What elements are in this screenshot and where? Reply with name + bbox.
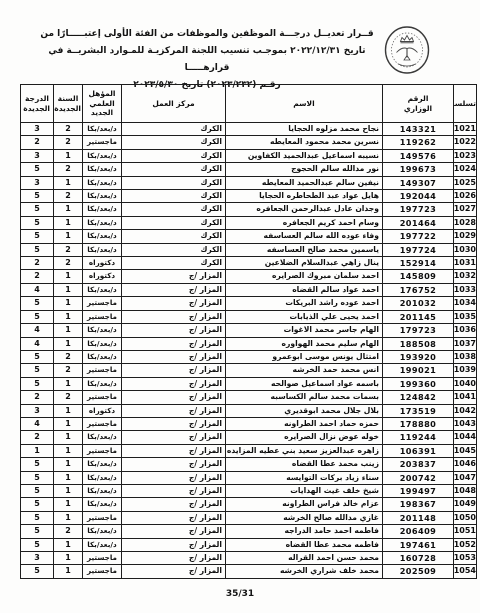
cell-name: محمد خلف شراري الخرشه [226, 565, 383, 578]
cell-new-year: 2 [54, 391, 83, 404]
cell-work-center: المزار /ج [122, 404, 226, 417]
cell-new-grade: 2 [21, 257, 54, 270]
cell-work-center: الكرك [122, 176, 226, 189]
cell-ministry-number: 198367 [383, 498, 454, 511]
cell-name: احمد سلمان مبروك الصرايره [226, 270, 383, 283]
cell-qualification: د/بعد/بكا [83, 458, 122, 471]
table-body: 1021143321نجاح محمد مزلوه الحجاياالكركد/… [21, 123, 477, 579]
cell-serial: 1048 [454, 484, 477, 497]
cell-qualification: د/بعد/بكا [83, 283, 122, 296]
cell-work-center: الكرك [122, 123, 226, 136]
cell-new-grade: 5 [21, 458, 54, 471]
column-header-new-year: السنة الجديدة [54, 85, 83, 123]
cell-serial: 1047 [454, 471, 477, 484]
cell-name: ياسمين محمد صالح العساسفه [226, 243, 383, 256]
table-row: 1049198367عزام خالد فراس الطراونهالمزار … [21, 498, 477, 511]
table-row: 1024199673نور مدالله سالم الحجوجالكركد/ب… [21, 163, 477, 176]
cell-qualification: ماجستير [83, 565, 122, 578]
cell-serial: 1049 [454, 498, 477, 511]
cell-work-center: الكرك [122, 190, 226, 203]
cell-work-center: المزار /ج [122, 364, 226, 377]
cell-name: الهام جاسر محمد الاغوات [226, 324, 383, 337]
cell-serial: 1036 [454, 324, 477, 337]
cell-qualification: د/بعد/بكا [83, 163, 122, 176]
cell-serial: 1027 [454, 203, 477, 216]
cell-qualification: د/بعد/بكا [83, 216, 122, 229]
cell-new-year: 2 [54, 243, 83, 256]
cell-serial: 1045 [454, 444, 477, 457]
cell-serial: 1035 [454, 310, 477, 323]
cell-ministry-number: 178880 [383, 417, 454, 430]
cell-ministry-number: 152914 [383, 257, 454, 270]
scanned-document-page: قــرار تعديــل درجـــة الموظفين والموظفا… [0, 0, 480, 613]
cell-serial: 1038 [454, 350, 477, 363]
cell-ministry-number: 197723 [383, 203, 454, 216]
page-number: 35/31 [0, 589, 480, 599]
cell-serial: 1023 [454, 149, 477, 162]
cell-ministry-number: 197461 [383, 538, 454, 551]
cell-serial: 1031 [454, 257, 477, 270]
cell-work-center: المزار /ج [122, 350, 226, 363]
cell-new-year: 1 [54, 444, 83, 457]
cell-qualification: دكتوراه [83, 257, 122, 270]
cell-name: امتثال يونس موسى ابوعمرو [226, 350, 383, 363]
cell-name: احمد يحيى علي الذيابات [226, 310, 383, 323]
cell-name: وفاء عوده الله سالم العساسفه [226, 230, 383, 243]
table-row: 1052197461فاطمه محمد عطا القضاهالمزار /ج… [21, 538, 477, 551]
cell-qualification: د/بعد/بكا [83, 484, 122, 497]
cell-new-year: 2 [54, 257, 83, 270]
cell-ministry-number: 124842 [383, 391, 454, 404]
cell-new-grade: 5 [21, 310, 54, 323]
cell-work-center: المزار /ج [122, 538, 226, 551]
cell-work-center: الكرك [122, 136, 226, 149]
cell-new-year: 1 [54, 458, 83, 471]
cell-new-grade: 1 [21, 444, 54, 457]
cell-serial: 1041 [454, 391, 477, 404]
cell-name: نجاح محمد مزلوه الحجايا [226, 123, 383, 136]
cell-new-year: 1 [54, 149, 83, 162]
cell-ministry-number: 200742 [383, 471, 454, 484]
table-row: 1029197722وفاء عوده الله سالم العساسفهال… [21, 230, 477, 243]
cell-ministry-number: 206409 [383, 525, 454, 538]
cell-qualification: د/بعد/بكا [83, 538, 122, 551]
cell-new-year: 1 [54, 230, 83, 243]
cell-new-year: 2 [54, 163, 83, 176]
cell-work-center: الكرك [122, 203, 226, 216]
cell-new-year: 1 [54, 283, 83, 296]
cell-qualification: د/بعد/بكا [83, 203, 122, 216]
cell-work-center: الكرك [122, 149, 226, 162]
cell-new-year: 1 [54, 310, 83, 323]
cell-new-grade: 2 [21, 136, 54, 149]
cell-new-year: 1 [54, 337, 83, 350]
cell-new-year: 1 [54, 498, 83, 511]
cell-name: احمد عوده راشد البريكات [226, 297, 383, 310]
cell-serial: 1039 [454, 364, 477, 377]
column-header-work-center: مركز العمل [122, 85, 226, 123]
table-row: 1030197724ياسمين محمد صالح العساسفهالكرك… [21, 243, 477, 256]
cell-serial: 1053 [454, 552, 477, 565]
table-row: 1043178880حمزه حماد احمد الطراونهالمزار … [21, 417, 477, 430]
cell-ministry-number: 199021 [383, 364, 454, 377]
cell-qualification: ماجستير [83, 444, 122, 457]
cell-ministry-number: 149307 [383, 176, 454, 189]
cell-new-grade: 3 [21, 123, 54, 136]
cell-ministry-number: 188508 [383, 337, 454, 350]
cell-work-center: المزار /ج [122, 297, 226, 310]
cell-new-year: 2 [54, 190, 83, 203]
cell-ministry-number: 193920 [383, 350, 454, 363]
cell-new-year: 2 [54, 136, 83, 149]
cell-new-grade: 2 [21, 431, 54, 444]
column-header-serial: تسلسل [454, 85, 477, 123]
cell-qualification: د/بعد/بكا [83, 431, 122, 444]
cell-qualification: ماجستير [83, 391, 122, 404]
cell-qualification: د/بعد/بكا [83, 176, 122, 189]
cell-serial: 1050 [454, 511, 477, 524]
table-row: 1022119262نسرين محمد محمود المعايطهالكرك… [21, 136, 477, 149]
cell-qualification: د/بعد/بكا [83, 230, 122, 243]
table-row: 1054202509محمد خلف شراري الخرشهالمزار /ج… [21, 565, 477, 578]
cell-serial: 1043 [454, 417, 477, 430]
cell-qualification: ماجستير [83, 310, 122, 323]
column-header-ministry-number: الرقم الوزاري [383, 85, 454, 123]
table-row: 1031152914ينال زاهي عبدالسلام الضلاعينال… [21, 257, 477, 270]
cell-new-year: 1 [54, 377, 83, 390]
cell-name: زاهره عبدالعزيز سعيد بني عطيه المزايده [226, 444, 383, 457]
cell-qualification: د/بعد/بكا [83, 498, 122, 511]
cell-qualification: د/بعد/بكا [83, 123, 122, 136]
cell-work-center: المزار /ج [122, 471, 226, 484]
cell-name: زينب محمد عطا القضاه [226, 458, 383, 471]
table-row: 1034201032احمد عوده راشد البريكاتالمزار … [21, 297, 477, 310]
cell-qualification: ماجستير [83, 417, 122, 430]
table-row: 1045106391زاهره عبدالعزيز سعيد بني عطيه … [21, 444, 477, 457]
table-row: 1035201145احمد يحيى علي الذياباتالمزار /… [21, 310, 477, 323]
cell-new-grade: 5 [21, 364, 54, 377]
cell-work-center: المزار /ج [122, 444, 226, 457]
cell-qualification: د/بعد/بكا [83, 149, 122, 162]
cell-new-year: 2 [54, 123, 83, 136]
cell-ministry-number: 199497 [383, 484, 454, 497]
decree-title-line-1: قــرار تعديــل درجـــة الموظفين والموظفا… [26, 26, 388, 43]
cell-name: احمد عواد سالم القضاه [226, 283, 383, 296]
cell-work-center: المزار /ج [122, 511, 226, 524]
cell-name: غازي مدالله صالح الخرشه [226, 511, 383, 524]
cell-new-year: 1 [54, 216, 83, 229]
cell-name: سناء زياد بركات التوايسه [226, 471, 383, 484]
cell-new-grade: 3 [21, 404, 54, 417]
cell-name: محمد حسن احمد القراله [226, 552, 383, 565]
cell-name: نسيبه اسماعيل عبدالحميد الكفاوين [226, 149, 383, 162]
cell-new-year: 1 [54, 203, 83, 216]
employees-grade-table: تسلسل الرقم الوزاري الاسم مركز العمل الم… [20, 84, 477, 579]
cell-work-center: المزار /ج [122, 565, 226, 578]
cell-serial: 1026 [454, 190, 477, 203]
cell-work-center: المزار /ج [122, 552, 226, 565]
cell-work-center: الكرك [122, 163, 226, 176]
table-row: 1048199497شيخ خلف غيث الهداياتالمزار /جد… [21, 484, 477, 497]
cell-new-grade: 5 [21, 498, 54, 511]
cell-ministry-number: 179723 [383, 324, 454, 337]
table-row: 1040199360باسمه عواد اسماعيل صوالحهالمزا… [21, 377, 477, 390]
cell-new-grade: 4 [21, 417, 54, 430]
cell-ministry-number: 143321 [383, 123, 454, 136]
cell-new-grade: 5 [21, 511, 54, 524]
cell-new-grade: 4 [21, 324, 54, 337]
cell-work-center: المزار /ج [122, 498, 226, 511]
cell-new-grade: 5 [21, 525, 54, 538]
cell-qualification: ماجستير [83, 136, 122, 149]
cell-ministry-number: 199673 [383, 163, 454, 176]
cell-name: خوله عوض نزال الصرايره [226, 431, 383, 444]
cell-ministry-number: 201032 [383, 297, 454, 310]
cell-name: باسمه عواد اسماعيل صوالحه [226, 377, 383, 390]
cell-work-center: المزار /ج [122, 270, 226, 283]
cell-new-year: 1 [54, 511, 83, 524]
cell-serial: 1046 [454, 458, 477, 471]
cell-serial: 1030 [454, 243, 477, 256]
cell-ministry-number: 203837 [383, 458, 454, 471]
cell-serial: 1024 [454, 163, 477, 176]
cell-qualification: ماجستير [83, 552, 122, 565]
table-row: 1038193920امتثال يونس موسى ابوعمروالمزار… [21, 350, 477, 363]
cell-serial: 1044 [454, 431, 477, 444]
cell-new-grade: 5 [21, 377, 54, 390]
cell-work-center: الكرك [122, 230, 226, 243]
cell-new-year: 1 [54, 552, 83, 565]
table-row: 1046203837زينب محمد عطا القضاهالمزار /جد… [21, 458, 477, 471]
cell-new-grade: 4 [21, 283, 54, 296]
cell-new-grade: 5 [21, 216, 54, 229]
cell-new-year: 1 [54, 484, 83, 497]
cell-new-grade: 5 [21, 565, 54, 578]
table-row: 1050201148غازي مدالله صالح الخرشهالمزار … [21, 511, 477, 524]
cell-serial: 1029 [454, 230, 477, 243]
ministry-seal-icon [384, 26, 430, 74]
cell-name: فاطمه محمد عطا القضاه [226, 538, 383, 551]
table-row: 1042173519بلال جلال محمد ابوقديريالمزار … [21, 404, 477, 417]
cell-work-center: الكرك [122, 257, 226, 270]
table-row: 1051206409فاطمه احمد حامد الدراجهالمزار … [21, 525, 477, 538]
cell-serial: 1051 [454, 525, 477, 538]
cell-new-grade: 3 [21, 149, 54, 162]
cell-qualification: د/بعد/بكا [83, 377, 122, 390]
cell-qualification: د/بعد/بكا [83, 190, 122, 203]
cell-new-grade: 5 [21, 190, 54, 203]
cell-serial: 1034 [454, 297, 477, 310]
cell-work-center: الكرك [122, 243, 226, 256]
cell-serial: 1028 [454, 216, 477, 229]
cell-name: شيخ خلف غيث الهدايات [226, 484, 383, 497]
cell-serial: 1042 [454, 404, 477, 417]
cell-new-year: 2 [54, 364, 83, 377]
column-header-name: الاسم [226, 85, 383, 123]
cell-new-year: 1 [54, 538, 83, 551]
cell-name: نسرين محمد محمود المعايطه [226, 136, 383, 149]
cell-ministry-number: 199360 [383, 377, 454, 390]
table-row: 1028201464وسام احمد كريم الجعافرهالكركد/… [21, 216, 477, 229]
cell-ministry-number: 192044 [383, 190, 454, 203]
cell-work-center: المزار /ج [122, 391, 226, 404]
cell-work-center: المزار /ج [122, 324, 226, 337]
cell-name: هايل عواد عبد الطحاطره الحجايا [226, 190, 383, 203]
table-row: 1023149576نسيبه اسماعيل عبدالحميد الكفاو… [21, 149, 477, 162]
cell-work-center: المزار /ج [122, 283, 226, 296]
cell-qualification: دكتوراه [83, 404, 122, 417]
cell-new-grade: 5 [21, 163, 54, 176]
table-row: 1053160728محمد حسن احمد القرالهالمزار /ج… [21, 552, 477, 565]
cell-qualification: د/بعد/بكا [83, 243, 122, 256]
cell-serial: 1052 [454, 538, 477, 551]
cell-name: بسمات محمد سالم الكساسبه [226, 391, 383, 404]
cell-name: وجدان عادل عبدالرحمن الجعافره [226, 203, 383, 216]
cell-ministry-number: 106391 [383, 444, 454, 457]
table-row: 1033176752احمد عواد سالم القضاهالمزار /ج… [21, 283, 477, 296]
cell-work-center: المزار /ج [122, 525, 226, 538]
cell-ministry-number: 119244 [383, 431, 454, 444]
cell-new-grade: 5 [21, 538, 54, 551]
cell-new-year: 2 [54, 350, 83, 363]
table-row: 1041124842بسمات محمد سالم الكساسبهالمزار… [21, 391, 477, 404]
cell-new-grade: 5 [21, 471, 54, 484]
table-row: 1025149307نيفين سالم عبدالحميد المعايطها… [21, 176, 477, 189]
cell-new-grade: 5 [21, 484, 54, 497]
cell-new-grade: 3 [21, 552, 54, 565]
cell-new-year: 1 [54, 565, 83, 578]
cell-serial: 1040 [454, 377, 477, 390]
cell-new-grade: 5 [21, 230, 54, 243]
cell-serial: 1021 [454, 123, 477, 136]
cell-work-center: المزار /ج [122, 458, 226, 471]
cell-qualification: ماجستير [83, 511, 122, 524]
cell-ministry-number: 197724 [383, 243, 454, 256]
cell-new-year: 1 [54, 297, 83, 310]
cell-new-grade: 4 [21, 337, 54, 350]
cell-work-center: المزار /ج [122, 484, 226, 497]
table-row: 1044119244خوله عوض نزال الصرايرهالمزار /… [21, 431, 477, 444]
cell-name: بلال جلال محمد ابوقديري [226, 404, 383, 417]
cell-name: نور مدالله سالم الحجوج [226, 163, 383, 176]
table-header-row: تسلسل الرقم الوزاري الاسم مركز العمل الم… [21, 85, 477, 123]
cell-new-grade: 2 [21, 270, 54, 283]
cell-new-grade: 5 [21, 203, 54, 216]
cell-ministry-number: 202509 [383, 565, 454, 578]
cell-new-year: 1 [54, 176, 83, 189]
cell-new-grade: 5 [21, 297, 54, 310]
cell-serial: 1032 [454, 270, 477, 283]
cell-name: وسام احمد كريم الجعافره [226, 216, 383, 229]
cell-work-center: المزار /ج [122, 417, 226, 430]
cell-qualification: ماجستير [83, 297, 122, 310]
table-row: 1026192044هايل عواد عبد الطحاطره الحجايا… [21, 190, 477, 203]
decree-title-line-2: تاريخ ٢٠٢٢/١٢/٣١ بموجـب تنسيب اللجنة الم… [26, 43, 388, 77]
cell-serial: 1025 [454, 176, 477, 189]
cell-serial: 1054 [454, 565, 477, 578]
cell-ministry-number: 201464 [383, 216, 454, 229]
table-row: 1039199021انس محمد حمد الخرشهالمزار /جما… [21, 364, 477, 377]
cell-work-center: الكرك [122, 216, 226, 229]
cell-name: نيفين سالم عبدالحميد المعايطه [226, 176, 383, 189]
cell-ministry-number: 145809 [383, 270, 454, 283]
cell-name: عزام خالد فراس الطراونه [226, 498, 383, 511]
cell-ministry-number: 197722 [383, 230, 454, 243]
cell-name: فاطمه احمد حامد الدراجه [226, 525, 383, 538]
cell-new-year: 2 [54, 525, 83, 538]
cell-ministry-number: 176752 [383, 283, 454, 296]
cell-new-year: 1 [54, 404, 83, 417]
cell-qualification: دكتوراه [83, 270, 122, 283]
cell-new-grade: 5 [21, 243, 54, 256]
cell-qualification: ماجستير [83, 364, 122, 377]
cell-qualification: د/بعد/بكا [83, 350, 122, 363]
cell-qualification: د/بعد/بكا [83, 471, 122, 484]
cell-name: الهام سليم محمد الهواوره [226, 337, 383, 350]
table-row: 1032145809احمد سلمان مبروك الصرايرهالمزا… [21, 270, 477, 283]
cell-ministry-number: 201145 [383, 310, 454, 323]
column-header-qualification: المؤهل العلمي الجديد [83, 85, 122, 123]
table-row: 1021143321نجاح محمد مزلوه الحجاياالكركد/… [21, 123, 477, 136]
cell-qualification: د/بعد/بكا [83, 525, 122, 538]
cell-work-center: المزار /ج [122, 431, 226, 444]
cell-new-year: 1 [54, 324, 83, 337]
column-header-new-grade: الدرجة الجديدة [21, 85, 54, 123]
cell-ministry-number: 149576 [383, 149, 454, 162]
cell-ministry-number: 201148 [383, 511, 454, 524]
table-row: 1027197723وجدان عادل عبدالرحمن الجعافرها… [21, 203, 477, 216]
cell-ministry-number: 119262 [383, 136, 454, 149]
cell-new-year: 1 [54, 270, 83, 283]
cell-new-grade: 5 [21, 350, 54, 363]
cell-name: انس محمد حمد الخرشه [226, 364, 383, 377]
cell-new-year: 1 [54, 471, 83, 484]
table-row: 1036179723الهام جاسر محمد الاغواتالمزار … [21, 324, 477, 337]
cell-new-grade: 2 [21, 391, 54, 404]
cell-qualification: د/بعد/بكا [83, 337, 122, 350]
cell-serial: 1037 [454, 337, 477, 350]
cell-work-center: المزار /ج [122, 310, 226, 323]
cell-qualification: د/بعد/بكا [83, 324, 122, 337]
cell-serial: 1022 [454, 136, 477, 149]
cell-new-grade: 3 [21, 176, 54, 189]
cell-new-year: 1 [54, 431, 83, 444]
cell-name: ينال زاهي عبدالسلام الضلاعين [226, 257, 383, 270]
cell-work-center: المزار /ج [122, 377, 226, 390]
cell-work-center: المزار /ج [122, 337, 226, 350]
table-row: 1037188508الهام سليم محمد الهواورهالمزار… [21, 337, 477, 350]
cell-ministry-number: 173519 [383, 404, 454, 417]
cell-ministry-number: 160728 [383, 552, 454, 565]
cell-new-year: 1 [54, 417, 83, 430]
cell-serial: 1033 [454, 283, 477, 296]
table-row: 1047200742سناء زياد بركات التوايسهالمزار… [21, 471, 477, 484]
cell-name: حمزه حماد احمد الطراونه [226, 417, 383, 430]
